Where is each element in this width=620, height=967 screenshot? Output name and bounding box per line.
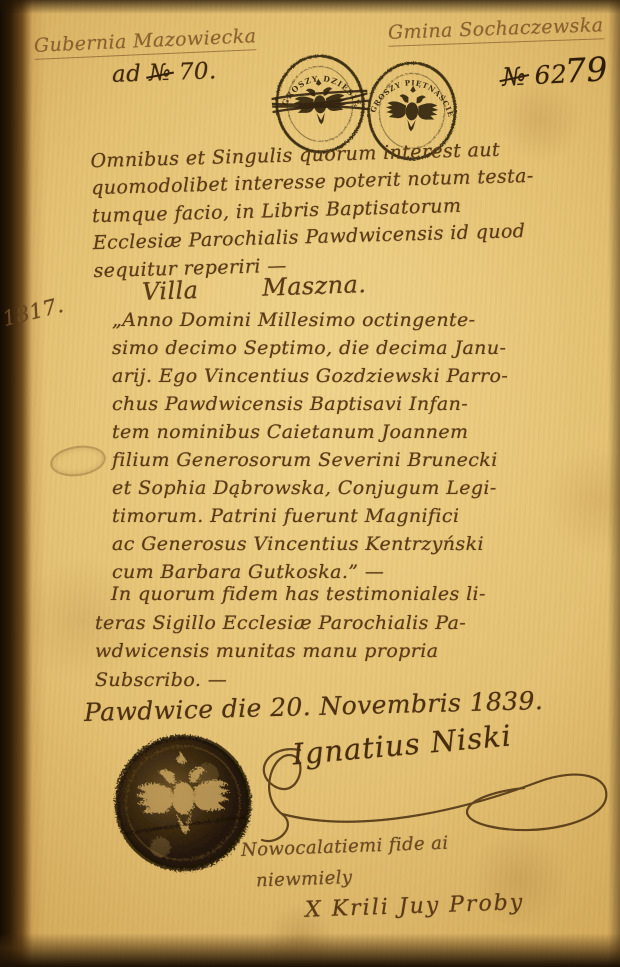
- numero-sign-crossed: №: [501, 62, 527, 92]
- attestation-paragraph: In quorum fidem has testimoniales li- te…: [95, 580, 486, 694]
- text-line: chus Pawdwicensis Baptisavi Infan-: [112, 390, 508, 418]
- embossed-blind-stamp: [48, 442, 108, 480]
- text-line: ac Generosus Vincentius Kentrzyński: [112, 530, 508, 558]
- header-commune: Gmina Sochaczewska: [388, 14, 604, 47]
- page-edge-top: [0, 0, 620, 14]
- text-line: „Anno Domini Millesimo octingente-: [112, 306, 508, 334]
- page-binding-edge: [0, 0, 46, 967]
- text-line: X Krili Juy Proby: [305, 887, 525, 926]
- margin-year: 1817.: [0, 293, 66, 331]
- header-ref-number: ad № 70.: [112, 58, 217, 88]
- page-edge-right: [608, 0, 620, 967]
- page-edge-bottom: [0, 933, 620, 967]
- header-doc-number: № 6279: [501, 49, 609, 93]
- text-line: filium Generosorum Severini Brunecki: [112, 446, 508, 474]
- later-annotation: Nowocalatiemi fide ai niewmiely X Krili …: [240, 825, 524, 928]
- header-province: Gubernia Mazowiecka: [34, 25, 257, 60]
- ref-prefix: ad: [112, 61, 142, 88]
- parish-seal-double-headed-eagle: [104, 722, 262, 884]
- text-line: arij. Ego Vincentius Gozdziewski Parro-: [112, 362, 508, 390]
- text-line: In quorum fidem has testimoniales li-: [111, 580, 486, 609]
- baptism-record-paragraph: „Anno Domini Millesimo octingente- simo …: [112, 306, 508, 586]
- text-line: wdwicensis munitas manu propria: [95, 637, 486, 666]
- ref-value: 70.: [178, 58, 217, 85]
- heading-villa: Villa: [142, 276, 199, 306]
- text-line: simo decimo Septimo, die decima Janu-: [112, 334, 508, 362]
- text-line: tem nominibus Caietanum Joannem: [112, 418, 508, 446]
- text-line: teras Sigillo Ecclesiæ Parochialis Pa-: [95, 609, 486, 638]
- numero-sign-crossed: №: [149, 60, 172, 87]
- priest-signature: Ignatius Niski: [291, 718, 513, 771]
- manuscript-page: Gubernia Mazowiecka ad № 70. Gmina Socha…: [0, 0, 620, 967]
- text-line: timorum. Patrini fuerunt Magnifici: [112, 502, 508, 530]
- heading-place: Maszna.: [262, 270, 367, 302]
- doc-number-value: 62: [534, 59, 568, 90]
- text-line: et Sophia Dąbrowska, Conjugum Legi-: [112, 474, 508, 502]
- intro-paragraph: Omnibus et Singulis quorum interest aut …: [90, 136, 536, 285]
- doc-number-added: 79: [564, 49, 609, 90]
